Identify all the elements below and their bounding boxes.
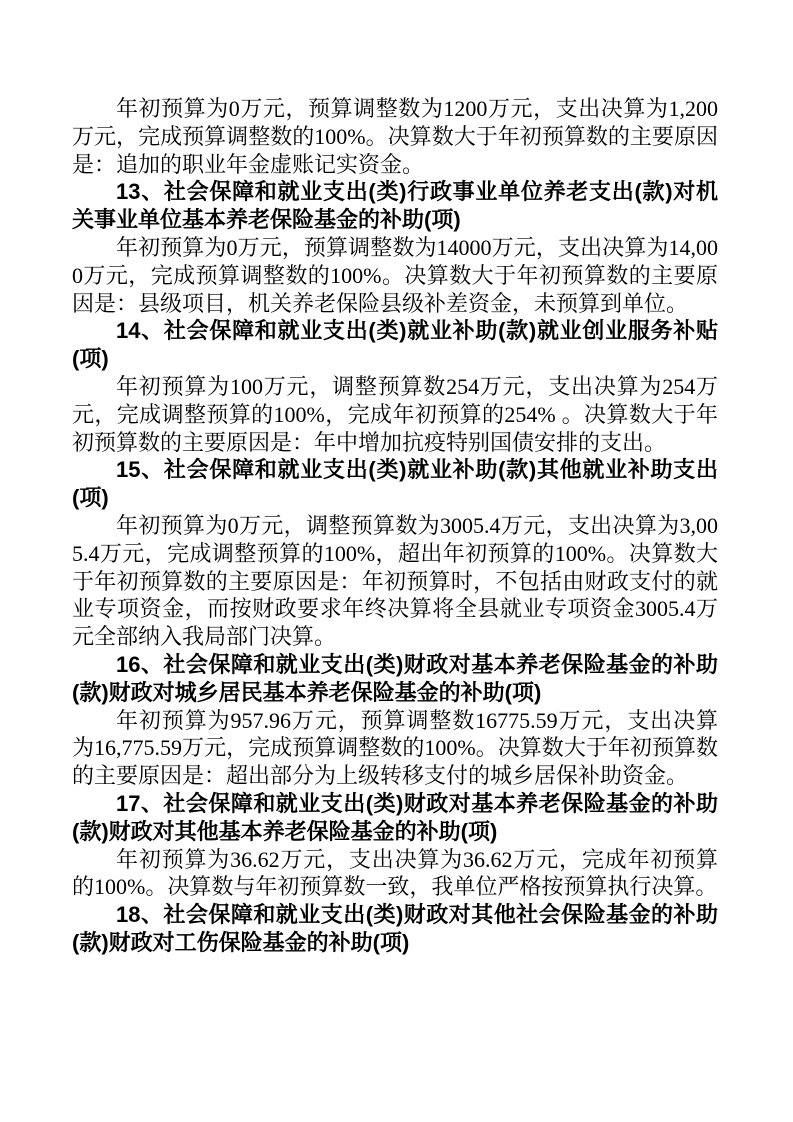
section-heading-18: 18、社会保障和就业支出(类)财政对其他社会保险基金的补助(款)财政对工伤保险基… (72, 901, 718, 957)
section-heading-16: 16、社会保障和就业支出(类)财政对基本养老保险基金的补助(款)财政对城乡居民基… (72, 651, 718, 707)
section-heading-13: 13、社会保障和就业支出(类)行政事业单位养老支出(款)对机关事业单位基本养老保… (72, 178, 718, 234)
section-heading-14: 14、社会保障和就业支出(类)就业补助(款)就业创业服务补贴(项) (72, 317, 718, 373)
body-paragraph-item16: 年初预算为957.96万元，预算调整数16775.59万元，支出决算为16,77… (72, 707, 718, 790)
section-heading-15: 15、社会保障和就业支出(类)就业补助(款)其他就业补助支出(项) (72, 456, 718, 512)
body-paragraph-item14: 年初预算为100万元，调整预算数254万元，支出决算为254万元，完成调整预算的… (72, 373, 718, 456)
section-heading-17: 17、社会保障和就业支出(类)财政对基本养老保险基金的补助(款)财政对其他基本养… (72, 790, 718, 846)
body-paragraph-item15: 年初预算为0万元，调整预算数为3005.4万元，支出决算为3,005.4万元，完… (72, 512, 718, 651)
body-paragraph-item17: 年初预算为36.62万元，支出决算为36.62万元，完成年初预算的100%。决算… (72, 846, 718, 902)
body-paragraph-item12: 年初预算为0万元，预算调整数为1200万元，支出决算为1,200万元，完成预算调… (72, 95, 718, 178)
document-content: 年初预算为0万元，预算调整数为1200万元，支出决算为1,200万元，完成预算调… (72, 95, 718, 957)
body-paragraph-item13: 年初预算为0万元，预算调整数为14000万元，支出决算为14,000万元，完成预… (72, 234, 718, 317)
document-page: 年初预算为0万元，预算调整数为1200万元，支出决算为1,200万元，完成预算调… (0, 0, 793, 1122)
